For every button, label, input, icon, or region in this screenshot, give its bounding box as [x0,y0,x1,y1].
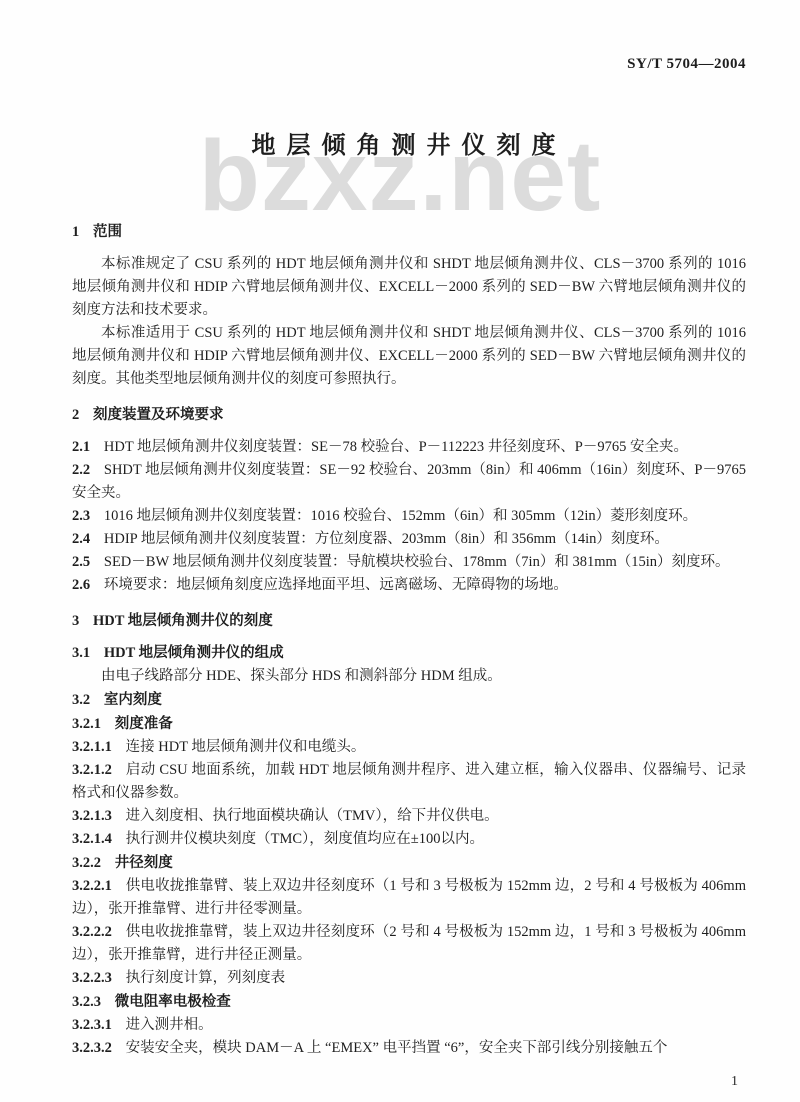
clause-number: 3 [72,613,79,629]
clause-number: 3.2.2.3 [72,970,112,986]
clause-text: 进入刻度相、执行地面模块确认（TMV），给下井仪供电。 [126,808,499,824]
paragraph-text: 由电子线路部分 HDE、探头部分 HDS 和测斜部分 HDM 组成。 [101,668,502,684]
clause-text: 执行刻度计算，列刻度表 [126,970,286,986]
clause-text: 供电收拢推靠臂，装上双边井径刻度环（2 号和 4 号极板为 152mm 边，1 … [72,924,746,963]
clause-3.2.1.3: 3.2.1.3进入刻度相、执行地面模块确认（TMV），给下井仪供电。 [72,805,746,828]
clause-number: 2.2 [72,462,90,478]
clause-text: 安装安全夹，模块 DAM－A 上 “EMEX” 电平挡置 “6”，安全夹下部引线… [126,1040,668,1056]
clause-number: 3.2 [72,692,90,708]
clause-3.2.1.2: 3.2.1.2启动 CSU 地面系统，加载 HDT 地层倾角测井程序、进入建立框… [72,759,746,805]
clause-3.2.3: 3.2.3微电阻率电极检查 [72,991,746,1014]
clause-text: 刻度装置及环境要求 [93,407,224,423]
page-title: 地层倾角测井仪刻度 [252,125,567,160]
clause-text: 室内刻度 [104,692,162,708]
clause-text: 井径刻度 [115,855,173,871]
clause-number: 3.2.2 [72,855,101,871]
clause-3.2.2.1: 3.2.2.1供电收拢推靠臂、装上双边井径刻度环（1 号和 3 号极板为 152… [72,875,746,921]
clause-2.2: 2.2SHDT 地层倾角测井仪刻度装置：SE－92 校验台、203mm（8in）… [72,459,746,505]
clause-text: HDT 地层倾角测井仪的刻度 [93,613,273,629]
clause-2: 2刻度装置及环境要求 [72,404,746,427]
clause-text: SHDT 地层倾角测井仪刻度装置：SE－92 校验台、203mm（8in）和 4… [72,462,746,501]
clause-text: 执行测井仪模块刻度（TMC），刻度值均应在±100以内。 [126,831,484,847]
clause-number: 3.2.1.2 [72,762,112,778]
paragraph-text: 本标准规定了 CSU 系列的 HDT 地层倾角测井仪和 SHDT 地层倾角测井仪… [72,256,746,318]
clause-number: 3.2.1.4 [72,831,112,847]
clause-text: 连接 HDT 地层倾角测井仪和电缆头。 [126,739,366,755]
clause-3.2.3.2: 3.2.3.2安装安全夹，模块 DAM－A 上 “EMEX” 电平挡置 “6”，… [72,1037,746,1060]
clause-text: HDIP 地层倾角测井仪刻度装置：方位刻度器、203mm（8in）和 356mm… [104,531,669,547]
clause-2.4: 2.4HDIP 地层倾角测井仪刻度装置：方位刻度器、203mm（8in）和 35… [72,528,746,551]
clause-number: 2.6 [72,577,90,593]
clause-text: 启动 CSU 地面系统，加载 HDT 地层倾角测井程序、进入建立框，输入仪器串、… [72,762,746,801]
standard-number: SY/T 5704—2004 [72,56,746,73]
clause-3.2.2.2: 3.2.2.2供电收拢推靠臂，装上双边井径刻度环（2 号和 4 号极板为 152… [72,921,746,967]
clause-3.2.2: 3.2.2井径刻度 [72,852,746,875]
clause-number: 2.5 [72,554,90,570]
clause-2.6: 2.6环境要求：地层倾角刻度应选择地面平坦、远离磁场、无障碍物的场地。 [72,574,746,597]
clause-number: 3.2.1.1 [72,739,112,755]
clause-text: SED－BW 地层倾角测井仪刻度装置：导航模块校验台、178mm（7in）和 3… [104,554,730,570]
clause-3.2.1: 3.2.1刻度准备 [72,713,746,736]
clause-number: 3.2.3.1 [72,1017,112,1033]
paragraph-text: 本标准适用于 CSU 系列的 HDT 地层倾角测井仪和 SHDT 地层倾角测井仪… [72,325,746,387]
clause-number: 2.4 [72,531,90,547]
clause-text: 进入测井相。 [126,1017,213,1033]
clause-text: 范围 [93,224,122,240]
clause-text: 环境要求：地层倾角刻度应选择地面平坦、远离磁场、无障碍物的场地。 [104,577,568,593]
clause-number: 3.1 [72,645,90,661]
clause-number: 3.2.3.2 [72,1040,112,1056]
title-area: 地层倾角测井仪刻度 [72,125,746,161]
clause-text: HDT 地层倾角测井仪刻度装置：SE－78 校验台、P－112223 井径刻度环… [104,439,688,455]
document-page: SY/T 5704—2004 地层倾角测井仪刻度 bzxz.net 1范围本标准… [0,0,800,1102]
clause-3.2: 3.2室内刻度 [72,689,746,712]
clause-text: 微电阻率电极检查 [115,994,231,1010]
paragraph: 本标准适用于 CSU 系列的 HDT 地层倾角测井仪和 SHDT 地层倾角测井仪… [72,322,746,391]
clause-text: 1016 地层倾角测井仪刻度装置：1016 校验台、152mm（6in）和 30… [104,508,697,524]
document-body: 1范围本标准规定了 CSU 系列的 HDT 地层倾角测井仪和 SHDT 地层倾角… [72,221,746,1060]
clause-3.1: 3.1HDT 地层倾角测井仪的组成 [72,642,746,665]
clause-2.5: 2.5SED－BW 地层倾角测井仪刻度装置：导航模块校验台、178mm（7in）… [72,551,746,574]
clause-text: HDT 地层倾角测井仪的组成 [104,645,284,661]
clause-number: 3.2.3 [72,994,101,1010]
clause-3.2.3.1: 3.2.3.1进入测井相。 [72,1014,746,1037]
clause-number: 3.2.1.3 [72,808,112,824]
clause-number: 1 [72,224,79,240]
clause-3.2.1.1: 3.2.1.1连接 HDT 地层倾角测井仪和电缆头。 [72,736,746,759]
clause-number: 3.2.2.1 [72,878,112,894]
clause-text: 刻度准备 [115,716,173,732]
clause-3: 3HDT 地层倾角测井仪的刻度 [72,610,746,633]
clause-2.1: 2.1HDT 地层倾角测井仪刻度装置：SE－78 校验台、P－112223 井径… [72,436,746,459]
paragraph: 本标准规定了 CSU 系列的 HDT 地层倾角测井仪和 SHDT 地层倾角测井仪… [72,253,746,322]
clause-2.3: 2.31016 地层倾角测井仪刻度装置：1016 校验台、152mm（6in）和… [72,505,746,528]
paragraph: 由电子线路部分 HDE、探头部分 HDS 和测斜部分 HDM 组成。 [72,665,746,688]
clause-number: 2 [72,407,79,423]
clause-text: 供电收拢推靠臂、装上双边井径刻度环（1 号和 3 号极板为 152mm 边，2 … [72,878,746,917]
clause-number: 3.2.2.2 [72,924,112,940]
clause-3.2.1.4: 3.2.1.4执行测井仪模块刻度（TMC），刻度值均应在±100以内。 [72,828,746,851]
clause-number: 2.1 [72,439,90,455]
clause-number: 3.2.1 [72,716,101,732]
clause-1: 1范围 [72,221,746,244]
clause-number: 2.3 [72,508,90,524]
clause-3.2.2.3: 3.2.2.3执行刻度计算，列刻度表 [72,967,746,990]
page-number: 1 [731,1074,738,1090]
